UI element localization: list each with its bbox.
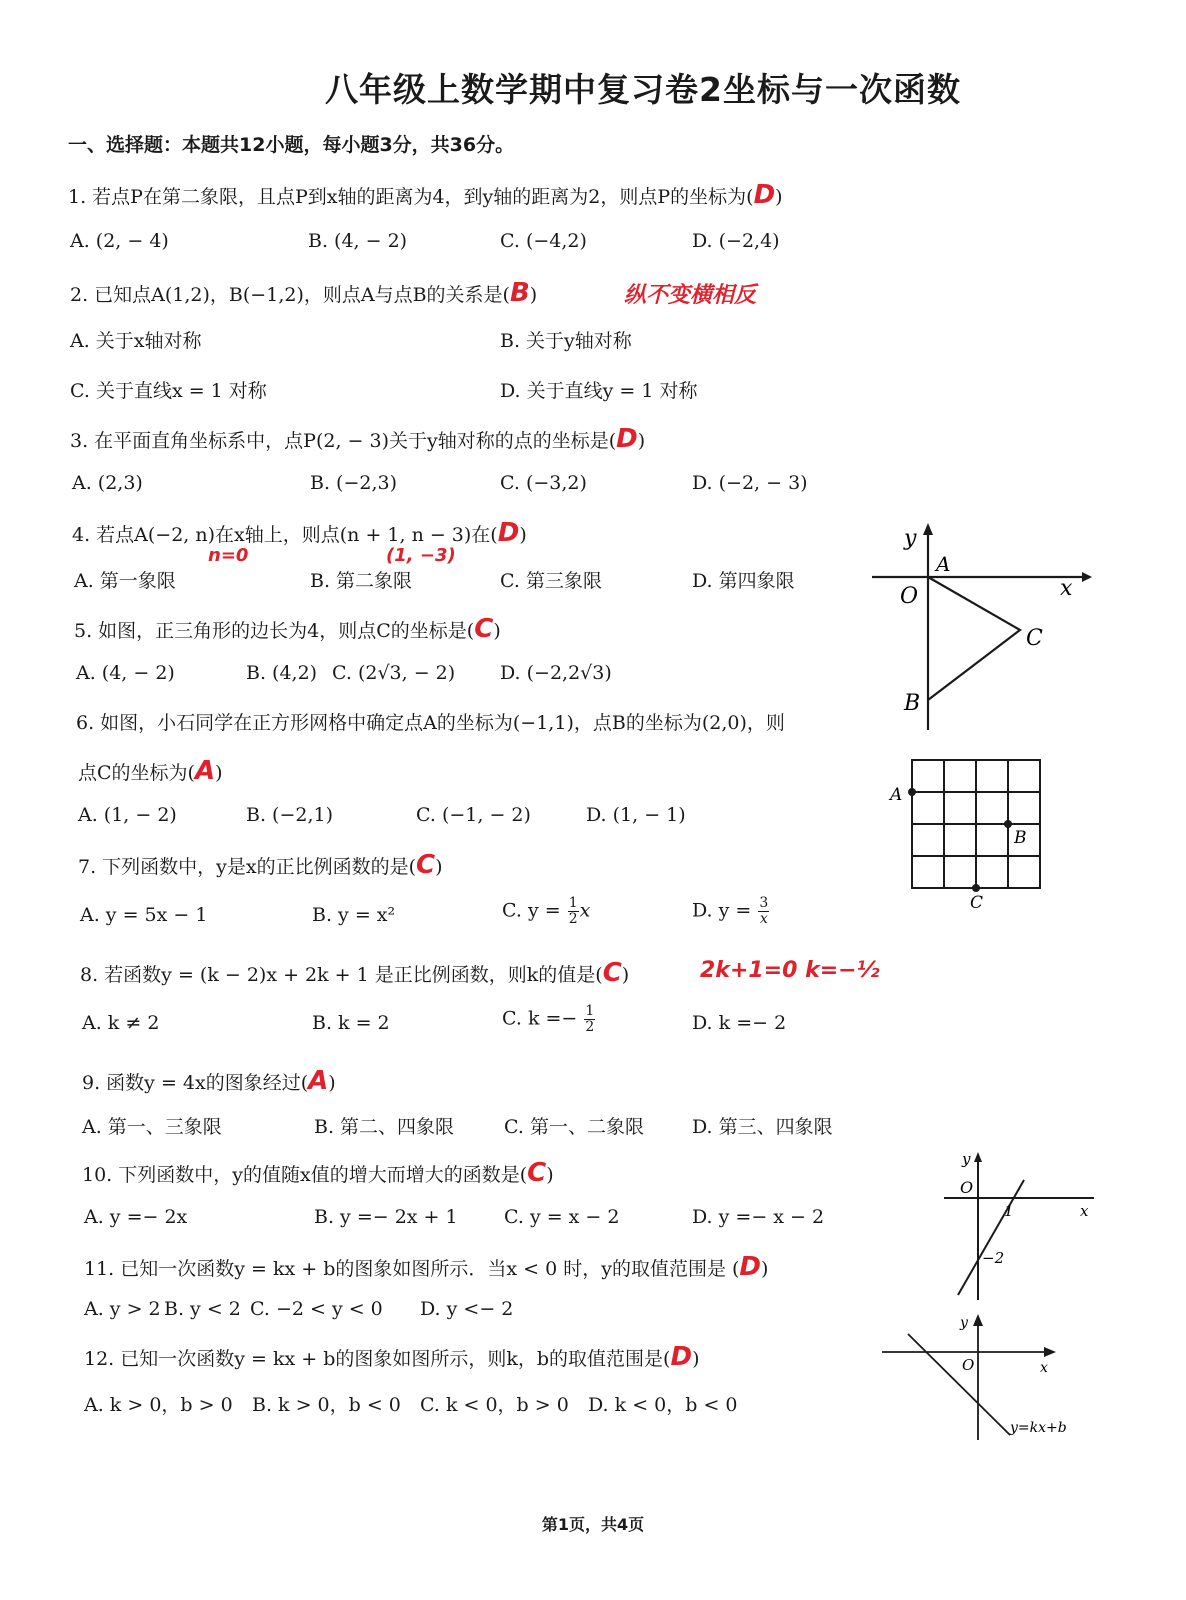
- question-stem: 11. 已知一次函数y = kx + b的图象如图所示．当x < 0 时，y的取…: [84, 1258, 739, 1280]
- option-c: C. 第一、二象限: [504, 1112, 644, 1139]
- option-c: C. (−3,2): [500, 472, 587, 494]
- handwritten-answer: C: [416, 850, 435, 880]
- option-a: A. 第一象限: [74, 566, 176, 593]
- question-2: 2. 已知点A(1,2)，B(−1,2)，则点A与点B的关系是(B): [70, 278, 537, 308]
- svg-text:1: 1: [1004, 1202, 1014, 1220]
- option-c: C. 第三象限: [500, 566, 602, 593]
- fraction: 3x: [758, 896, 769, 927]
- question-1: 1. 若点P在第二象限，且点P到x轴的距离为4，到y轴的距离为2，则点P的坐标为…: [68, 180, 783, 210]
- question-12: 12. 已知一次函数y = kx + b的图象如图所示，则k，b的取值范围是(D…: [84, 1342, 699, 1372]
- option-a: A. k > 0，b > 0: [84, 1390, 233, 1417]
- option-b: B. k > 0，b < 0: [252, 1390, 401, 1417]
- svg-text:−2: −2: [982, 1249, 1004, 1267]
- option-b: B. (−2,1): [246, 804, 333, 826]
- option-d: D. 关于直线y = 1 对称: [500, 376, 698, 403]
- option-c: C. y = x − 2: [504, 1206, 619, 1228]
- question-10: 10. 下列函数中，y的值随x值的增大而增大的函数是(C): [82, 1158, 554, 1188]
- option-b: B. 第二象限: [310, 566, 412, 593]
- svg-text:x: x: [1080, 1202, 1089, 1220]
- question-7: 7. 下列函数中，y是x的正比例函数的是(C): [78, 850, 443, 880]
- question-stem: 5. 如图，正三角形的边长为4，则点C的坐标是(: [74, 620, 474, 642]
- option-c: C. (−4,2): [500, 230, 587, 252]
- page-title: 八年级上数学期中复习卷2坐标与一次函数: [0, 64, 1186, 111]
- option-d: D. y <− 2: [420, 1298, 513, 1320]
- handwritten-answer: A: [308, 1066, 328, 1096]
- question-stem: 8. 若函数y = (k − 2)x + 2k + 1 是正比例函数，则k的值是…: [80, 964, 603, 986]
- option-b: B. y < 2: [164, 1298, 241, 1320]
- svg-text:O: O: [900, 584, 918, 609]
- option-a: A. (1, − 2): [78, 804, 177, 826]
- svg-text:y: y: [961, 1150, 971, 1168]
- svg-text:A: A: [934, 552, 950, 576]
- handwritten-answer: D: [670, 1342, 692, 1372]
- option-c: C. k < 0，b > 0: [420, 1390, 569, 1417]
- question-stem: 12. 已知一次函数y = kx + b的图象如图所示，则k，b的取值范围是(: [84, 1348, 670, 1370]
- y-arrow-icon: [923, 523, 933, 535]
- svg-text:x: x: [1060, 576, 1073, 601]
- option-b: B. 第二、四象限: [314, 1112, 454, 1139]
- handwritten-note: n=0: [208, 545, 248, 566]
- option-b: B. k = 2: [312, 1012, 390, 1034]
- svg-text:y: y: [903, 526, 917, 551]
- svg-text:B: B: [1013, 828, 1027, 848]
- option-d: D. 第三、四象限: [692, 1112, 833, 1139]
- option-a: A. (4, − 2): [76, 662, 175, 684]
- option-d: D. k =− 2: [692, 1012, 786, 1034]
- fraction: 12: [568, 896, 579, 927]
- option-a: A. 第一、三象限: [82, 1112, 222, 1139]
- question-stem: 9. 函数y = 4x的图象经过(: [82, 1072, 308, 1094]
- svg-text:C: C: [970, 893, 983, 913]
- option-a: A. y =− 2x: [84, 1206, 187, 1228]
- option-a: A. (2,3): [72, 472, 143, 494]
- handwritten-answer: D: [754, 180, 776, 210]
- option-a: A. y = 5x − 1: [80, 904, 207, 926]
- svg-text:x: x: [1040, 1360, 1048, 1376]
- question-stem: 3. 在平面直角坐标系中，点P(2, − 3)关于y轴对称的点的坐标是(: [70, 430, 616, 452]
- svg-text:O: O: [960, 1178, 973, 1197]
- question-6-continued: 点C的坐标为(A): [78, 756, 223, 786]
- y-arrow-icon: [974, 1152, 982, 1162]
- option-d: D. (1, − 1): [586, 804, 686, 826]
- x-arrow-icon: [1082, 572, 1092, 582]
- option-b: B. (4, − 2): [308, 230, 407, 252]
- x-arrow-icon: [1044, 1347, 1056, 1357]
- option-b: B. y =− 2x + 1: [314, 1206, 458, 1228]
- handwritten-answer: A: [195, 756, 215, 786]
- option-c: C. y = 12x: [502, 896, 590, 927]
- section-heading: 一、选择题：本题共12小题，每小题3分，共36分。: [68, 130, 514, 157]
- question-9: 9. 函数y = 4x的图象经过(A): [82, 1066, 336, 1096]
- option-c: C. k =− 12: [502, 1004, 596, 1035]
- option-b: B. y = x²: [312, 904, 395, 926]
- question-4: 4. 若点A(−2, n)在x轴上，则点(n + 1, n − 3)在(D): [72, 518, 527, 548]
- page-footer: 第1页，共4页: [0, 1512, 1186, 1535]
- point-a: [908, 788, 916, 796]
- point-c: [972, 884, 980, 892]
- option-c: C. 关于直线x = 1 对称: [70, 376, 267, 403]
- svg-text:y=kx+b: y=kx+b: [1009, 1420, 1067, 1436]
- fraction: 12: [584, 1004, 595, 1035]
- option-c: C. −2 < y < 0: [250, 1298, 383, 1320]
- option-a: A. y > 2: [84, 1298, 161, 1320]
- svg-text:A: A: [888, 785, 902, 805]
- question-6: 6. 如图，小石同学在正方形网格中确定点A的坐标为(−1,1)，点B的坐标为(2…: [76, 708, 785, 735]
- option-d: D. (−2, − 3): [692, 472, 808, 494]
- handwritten-answer: D: [739, 1252, 761, 1282]
- option-d: D. (−2,4): [692, 230, 780, 252]
- option-d: D. k < 0，b < 0: [588, 1390, 738, 1417]
- handwritten-note: 纵不变横相反: [624, 278, 756, 309]
- handwritten-answer: D: [498, 518, 520, 548]
- question-stem: 6. 如图，小石同学在正方形网格中确定点A的坐标为(−1,1)，点B的坐标为(2…: [76, 712, 785, 734]
- option-b: B. 关于y轴对称: [500, 326, 632, 353]
- question-5: 5. 如图，正三角形的边长为4，则点C的坐标是(C): [74, 614, 501, 644]
- option-d: D. y =− x − 2: [692, 1206, 824, 1228]
- question-11: 11. 已知一次函数y = kx + b的图象如图所示．当x < 0 时，y的取…: [84, 1252, 768, 1282]
- handwritten-answer: D: [616, 424, 638, 454]
- question-8: 8. 若函数y = (k − 2)x + 2k + 1 是正比例函数，则k的值是…: [80, 958, 629, 988]
- handwritten-answer: C: [603, 958, 622, 988]
- option-b: B. (−2,3): [310, 472, 397, 494]
- option-a: A. (2, − 4): [70, 230, 169, 252]
- option-c: C. (2√3, − 2): [332, 662, 455, 684]
- question-stem: 1. 若点P在第二象限，且点P到x轴的距离为4，到y轴的距离为2，则点P的坐标为…: [68, 186, 754, 208]
- handwritten-note: (1, −3): [386, 545, 456, 566]
- option-d: D. y = 3x: [692, 896, 770, 927]
- option-d: D. (−2,2√3): [500, 662, 612, 684]
- option-a: A. 关于x轴对称: [70, 326, 202, 353]
- option-c: C. (−1, − 2): [416, 804, 531, 826]
- option-b: B. (4,2): [246, 662, 317, 684]
- svg-text:C: C: [1026, 626, 1043, 651]
- question-stem: 10. 下列函数中，y的值随x值的增大而增大的函数是(: [82, 1164, 527, 1186]
- option-d: D. 第四象限: [692, 566, 795, 593]
- point-b: [1004, 820, 1012, 828]
- figure-line-q12: y O x y=kx+b: [880, 1310, 1080, 1440]
- option-a: A. k ≠ 2: [82, 1012, 159, 1034]
- handwritten-answer: C: [474, 614, 493, 644]
- svg-text:y: y: [959, 1315, 969, 1331]
- svg-text:B: B: [903, 691, 920, 716]
- question-stem: 7. 下列函数中，y是x的正比例函数的是(: [78, 856, 416, 878]
- question-stem: 2. 已知点A(1,2)，B(−1,2)，则点A与点B的关系是(: [70, 284, 510, 306]
- question-stem: 4. 若点A(−2, n)在x轴上，则点(n + 1, n − 3)在(: [72, 524, 498, 546]
- figure-line-q11: y O 1 x −2: [940, 1150, 1100, 1300]
- figure-triangle: y A O x C B: [860, 515, 1100, 735]
- figure-grid: A B C: [880, 750, 1060, 920]
- handwritten-answer: B: [510, 278, 530, 308]
- svg-text:O: O: [962, 1356, 974, 1374]
- handwritten-note: 2k+1=0 k=−½: [700, 958, 879, 983]
- y-arrow-icon: [973, 1314, 983, 1326]
- handwritten-answer: C: [527, 1158, 546, 1188]
- question-3: 3. 在平面直角坐标系中，点P(2, − 3)关于y轴对称的点的坐标是(D): [70, 424, 645, 454]
